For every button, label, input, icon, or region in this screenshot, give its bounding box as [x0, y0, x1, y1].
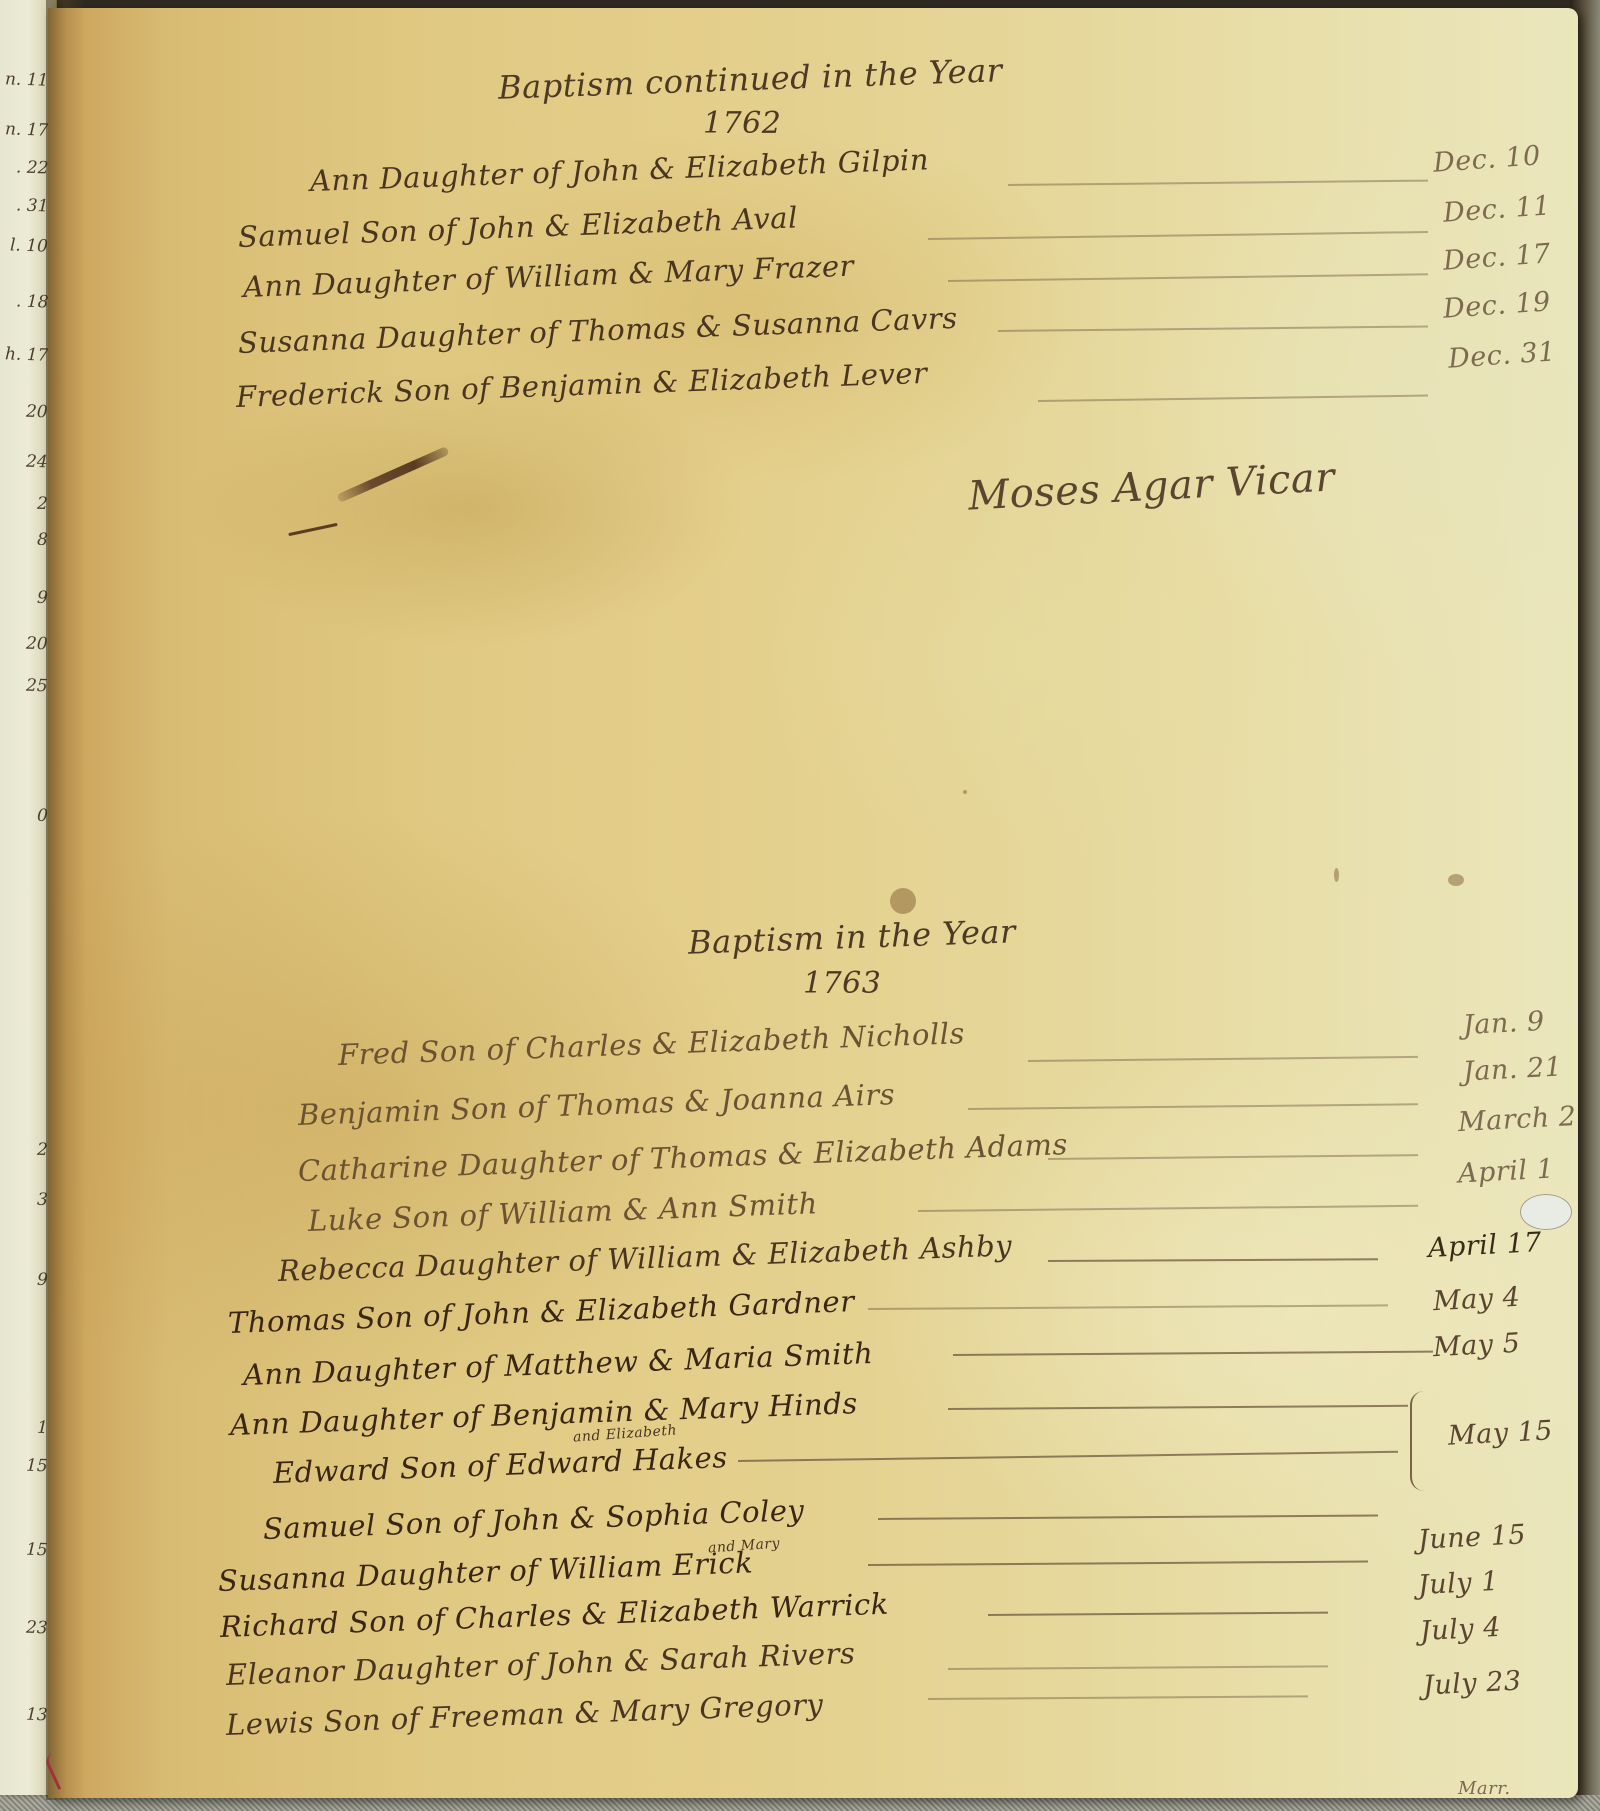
- margin-date: l. 10: [10, 235, 49, 256]
- entry-rule: [1048, 1154, 1418, 1159]
- entry-rule: [928, 1695, 1308, 1699]
- date-grouping-brace: [1410, 1391, 1442, 1491]
- margin-date: 24: [26, 452, 48, 473]
- baptism-date: April 17: [1427, 1227, 1542, 1264]
- entry-rule: [1038, 395, 1428, 402]
- baptism-date: June 15: [1417, 1519, 1527, 1556]
- margin-date: h. 17: [4, 344, 48, 366]
- baptism-entry: Susanna Daughter of William Erick: [217, 1545, 753, 1598]
- ink-flourish-mark: [288, 523, 338, 536]
- margin-date: 25: [26, 676, 48, 697]
- entry-rule: [918, 1205, 1418, 1212]
- entry-rule: [988, 1612, 1328, 1616]
- baptism-entry: Fred Son of Charles & Elizabeth Nicholls: [337, 1016, 965, 1072]
- entry-rule: [928, 231, 1428, 239]
- entry-rule: [998, 325, 1428, 331]
- margin-date: 20: [26, 402, 48, 423]
- baptism-date: April 1: [1457, 1154, 1555, 1190]
- photograph-scene: n. 11 n. 17 . 22 . 31 l. 10 . 18 h. 17 2…: [0, 0, 1600, 1811]
- baptism-entry: Samuel Son of John & Elizabeth Aval: [237, 200, 798, 254]
- baptism-date: Dec. 31: [1447, 336, 1557, 374]
- entry-rule: [1048, 1258, 1378, 1261]
- margin-date: . 22: [15, 157, 48, 178]
- entry-rule: [868, 1561, 1368, 1566]
- baptism-date: Dec. 19: [1442, 286, 1552, 324]
- section-1763-heading: Baptism in the Year: [687, 912, 1016, 961]
- baptism-date: Dec. 10: [1432, 140, 1542, 178]
- stain-spot: [1448, 874, 1464, 886]
- entry-rule: [738, 1451, 1398, 1462]
- baptism-date: July 4: [1419, 1612, 1501, 1647]
- baptism-date: July 23: [1422, 1665, 1522, 1701]
- entry-rule: [968, 1103, 1418, 1109]
- margin-date: 15: [26, 1456, 48, 1477]
- baptism-date: May 15: [1447, 1415, 1553, 1451]
- baptism-date: July 1: [1417, 1566, 1499, 1601]
- baptism-entry: Susanna Daughter of Thomas & Susanna Cav…: [237, 301, 958, 360]
- margin-date: 23: [26, 1618, 48, 1639]
- baptism-entry: Catharine Daughter of Thomas & Elizabeth…: [297, 1127, 1068, 1188]
- margin-date: 1: [37, 1418, 49, 1438]
- baptism-entry: Rebecca Daughter of William & Elizabeth …: [277, 1228, 1012, 1288]
- entry-rule: [953, 1351, 1433, 1356]
- entry-rule: [948, 1665, 1328, 1669]
- baptism-date: Jan. 21: [1462, 1051, 1563, 1087]
- margin-date: 9: [37, 588, 49, 608]
- baptism-date: Jan. 9: [1462, 1006, 1545, 1041]
- baptism-entry: Richard Son of Charles & Elizabeth Warri…: [219, 1587, 889, 1644]
- margin-date: . 31: [15, 195, 48, 216]
- margin-date: n. 17: [4, 119, 48, 141]
- section-1762-year: 1762: [703, 106, 781, 141]
- baptism-date: Dec. 11: [1442, 190, 1552, 228]
- entry-rule: [868, 1304, 1388, 1309]
- ink-blot-mark: [336, 446, 449, 503]
- entry-rule: [1028, 1056, 1418, 1062]
- margin-date: 0: [37, 806, 49, 826]
- entry-rule: [948, 1405, 1408, 1410]
- margin-date: 2: [37, 494, 49, 514]
- entry-rule: [1008, 180, 1428, 186]
- section-1762-heading: Baptism continued in the Year: [497, 51, 1003, 107]
- baptism-entry: Edward Son of Edward Hakes: [272, 1440, 728, 1490]
- baptism-entry: Ann Daughter of Benjamin & Mary Hinds: [229, 1386, 858, 1442]
- entry-rule: [948, 273, 1428, 281]
- margin-date: 13: [26, 1705, 48, 1726]
- stain-spot: [890, 888, 916, 914]
- baptism-entry: Luke Son of William & Ann Smith: [307, 1186, 818, 1238]
- margin-date: 8: [37, 530, 49, 550]
- baptism-entry: Lewis Son of Freeman & Mary Gregory: [225, 1687, 824, 1742]
- baptism-entry: Ann Daughter of John & Elizabeth Gilpin: [309, 142, 929, 198]
- entry-rule: [878, 1515, 1378, 1520]
- baptism-entry: Frederick Son of Benjamin & Elizabeth Le…: [235, 356, 927, 414]
- margin-date: 2: [37, 1140, 49, 1160]
- vellum-repair-patch: [1520, 1194, 1572, 1230]
- stain-spot: [963, 790, 967, 794]
- catchword: Marr.: [1458, 1778, 1511, 1798]
- section-1763-year: 1763: [803, 966, 881, 1001]
- baptism-date: March 2: [1457, 1101, 1577, 1138]
- stain-spot: [1334, 868, 1339, 882]
- baptism-entry: Benjamin Son of Thomas & Joanna Airs: [297, 1077, 895, 1132]
- baptism-entry: Ann Daughter of Matthew & Maria Smith: [242, 1336, 873, 1392]
- vicar-signature: Moses Agar Vicar: [967, 454, 1336, 519]
- baptism-date: May 4: [1432, 1282, 1521, 1318]
- margin-date: 9: [37, 1270, 49, 1290]
- margin-date: 3: [37, 1190, 49, 1210]
- baptism-date: May 5: [1432, 1328, 1521, 1364]
- margin-date: . 18: [15, 291, 48, 312]
- margin-date: 15: [26, 1540, 48, 1561]
- margin-date: n. 11: [4, 69, 48, 91]
- baptism-entry: Thomas Son of John & Elizabeth Gardner: [227, 1284, 855, 1340]
- baptism-entry: Ann Daughter of William & Mary Frazer: [242, 249, 854, 304]
- baptism-date: Dec. 17: [1442, 238, 1552, 276]
- register-page: Baptism continued in the Year 1762 Ann D…: [48, 8, 1578, 1798]
- margin-date: 20: [26, 634, 48, 655]
- baptism-entry: Eleanor Daughter of John & Sarah Rivers: [225, 1636, 855, 1692]
- baptism-entry: Samuel Son of John & Sophia Coley: [262, 1493, 804, 1546]
